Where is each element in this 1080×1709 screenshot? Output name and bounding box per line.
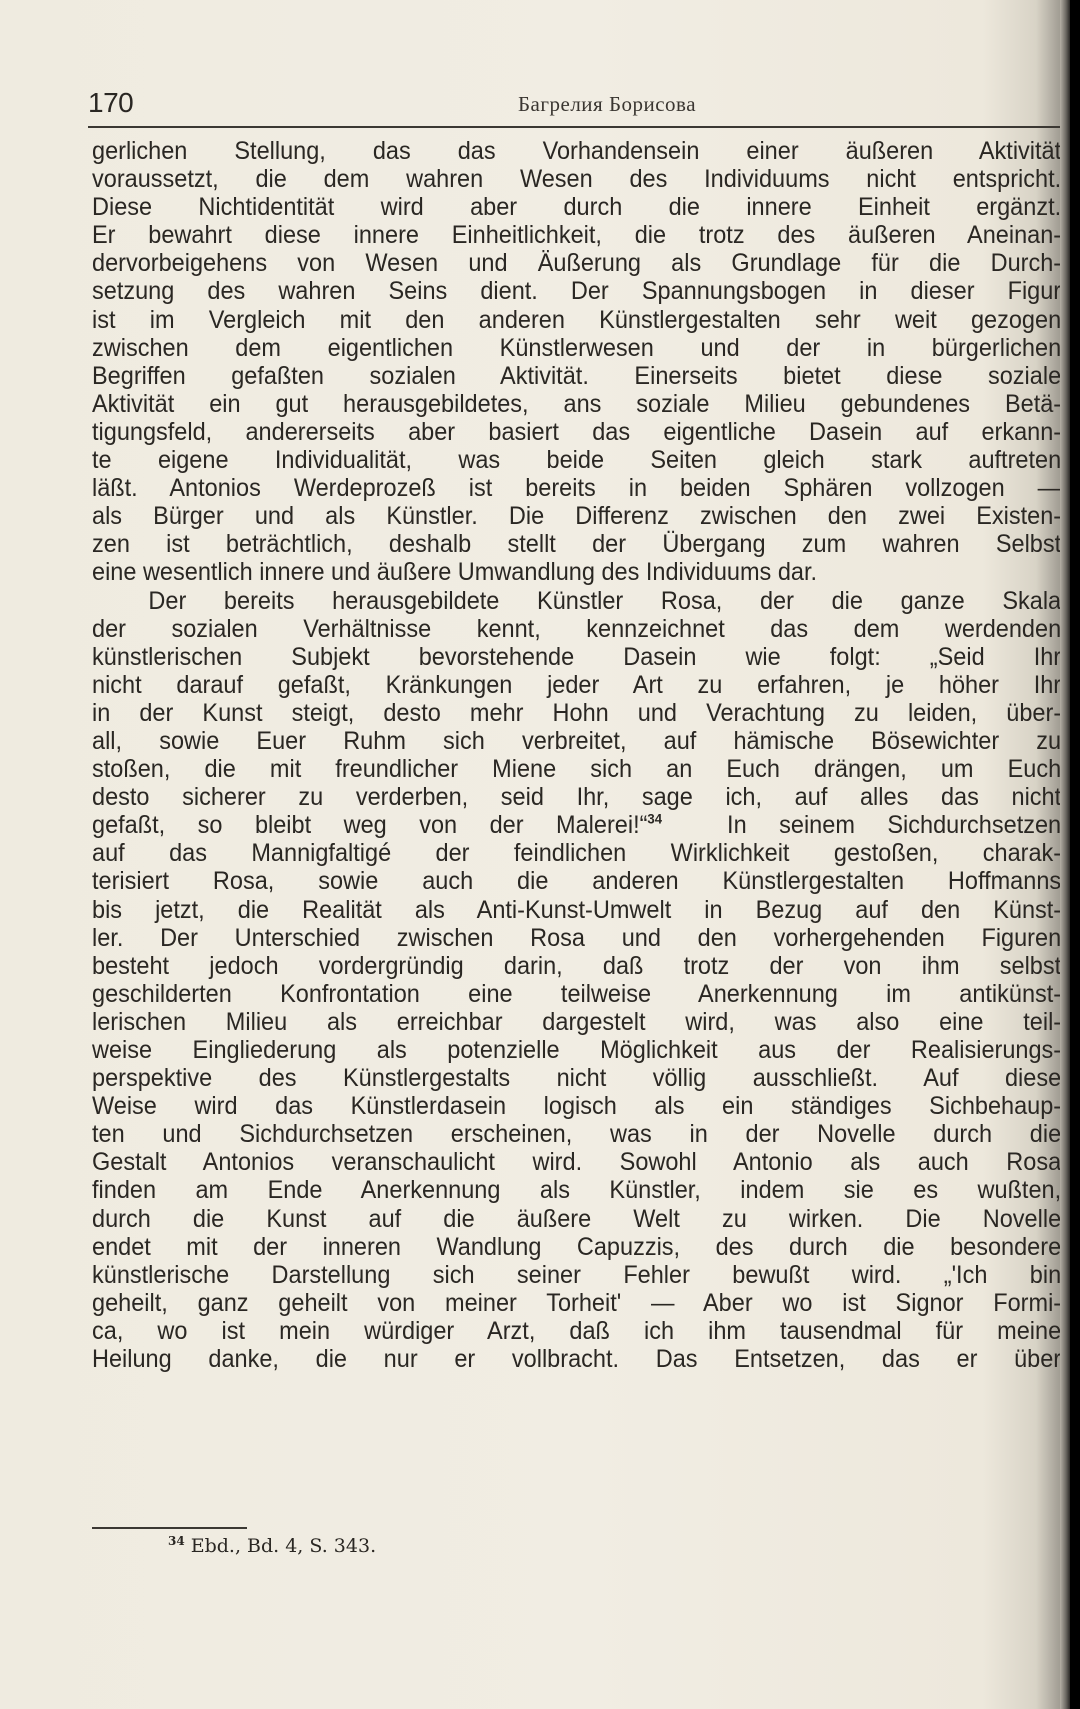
text-line: Aktivität ein gut herausgebildetes, ans … — [92, 390, 1061, 418]
text-line: desto sicherer zu verderben, seid Ihr, s… — [92, 783, 1061, 811]
text-line: setzung des wahren Seins dient. Der Span… — [92, 277, 1061, 305]
text-line: all, sowie Euer Ruhm sich verbreitet, au… — [92, 727, 1061, 755]
text-line: Heilung danke, die nur er vollbracht. Da… — [92, 1345, 1061, 1373]
text-line: weise Eingliederung als potenzielle Mögl… — [92, 1036, 1061, 1064]
text-line: läßt. Antonios Werdeprozeß ist bereits i… — [92, 474, 1061, 502]
header-rule — [88, 126, 1062, 128]
book-page: 170 Багрелия Борисова gerlichen Stellung… — [0, 0, 1068, 1709]
page-header: 170 Багрелия Борисова — [88, 86, 1062, 122]
text-line: zwischen dem eigentlichen Künstlerwesen … — [92, 334, 1061, 362]
footnote-rule — [92, 1527, 247, 1529]
footnote-number: 34 — [168, 1534, 185, 1548]
text-line: Gestalt Antonios veranschaulicht wird. S… — [92, 1148, 1061, 1176]
page-edge-shadow — [1060, 0, 1070, 1709]
text-line: nicht darauf gefaßt, Kränkungen jeder Ar… — [92, 671, 1061, 699]
quote-end-text: gefaßt, so bleibt weg von der Malerei!“ — [92, 811, 647, 839]
text-line: tigungsfeld, andererseits aber basiert d… — [92, 418, 1061, 446]
text-continuation: In seinem Sichdurchsetzen — [727, 811, 1061, 839]
text-line: Er bewahrt diese innere Einheitlichkeit,… — [92, 221, 1061, 249]
text-line: terisiert Rosa, sowie auch die anderen K… — [92, 867, 1061, 895]
text-line: endet mit der inneren Wandlung Capuzzis,… — [92, 1233, 1061, 1261]
body-text: gerlichen Stellung, das das Vorhandensei… — [92, 137, 1002, 1373]
footnote: 34Ebd., Bd. 4, S. 343. — [168, 1533, 376, 1559]
text-line: perspektive des Künstlergestalts nicht v… — [92, 1064, 1061, 1092]
text-line: ler. Der Unterschied zwischen Rosa und d… — [92, 924, 1061, 952]
text-line: künstlerischen Subjekt bevorstehende Das… — [92, 643, 1061, 671]
text-line: als Bürger und als Künstler. Die Differe… — [92, 502, 1061, 530]
text-line: te eigene Individualität, was beide Seit… — [92, 446, 1061, 474]
text-line-with-footnote-ref: gefaßt, so bleibt weg von der Malerei!“3… — [92, 811, 1061, 839]
text-line: gerlichen Stellung, das das Vorhandensei… — [92, 137, 1061, 165]
text-line: Diese Nichtidentität wird aber durch die… — [92, 193, 1061, 221]
paragraph-start-line: Der bereits herausgebildete Künstler Ros… — [92, 587, 1061, 615]
text-line: dervorbeigehens von Wesen und Äußerung a… — [92, 249, 1061, 277]
text-line: auf das Mannigfaltigé der feindlichen Wi… — [92, 839, 1061, 867]
text-line: in der Kunst steigt, desto mehr Hohn und… — [92, 699, 1061, 727]
text-line: Begriffen gefaßten sozialen Aktivität. E… — [92, 362, 1061, 390]
text-line: stoßen, die mit freundlicher Miene sich … — [92, 755, 1061, 783]
text-line: ten und Sichdurchsetzen erscheinen, was … — [92, 1120, 1061, 1148]
text-line: Weise wird das Künstlerdasein logisch al… — [92, 1092, 1061, 1120]
text-line: geheilt, ganz geheilt von meiner Torheit… — [92, 1289, 1061, 1317]
text-line: ca, wo ist mein würdiger Arzt, daß ich i… — [92, 1317, 1061, 1345]
text-line: ist im Vergleich mit den anderen Künstle… — [92, 306, 1061, 334]
text-line: finden am Ende Anerkennung als Künstler,… — [92, 1176, 1061, 1204]
page-number: 170 — [88, 86, 133, 120]
text-line: besteht jedoch vordergründig darin, daß … — [92, 952, 1061, 980]
text-line: künstlerische Darstellung sich seiner Fe… — [92, 1261, 1061, 1289]
text-line: eine wesentlich innere und äußere Umwand… — [92, 558, 1061, 586]
text-line: der sozialen Verhältnisse kennt, kennzei… — [92, 615, 1061, 643]
text-line: durch die Kunst auf die äußere Welt zu w… — [92, 1205, 1061, 1233]
footnote-reference[interactable]: 34 — [647, 811, 662, 827]
footnote-text: Ebd., Bd. 4, S. 343. — [191, 1535, 376, 1557]
running-head: Багрелия Борисова — [518, 90, 696, 118]
text-line: lerischen Milieu als erreichbar dargeste… — [92, 1008, 1061, 1036]
text-line: bis jetzt, die Realität als Anti-Kunst-U… — [92, 896, 1061, 924]
text-line: voraussetzt, die dem wahren Wesen des In… — [92, 165, 1061, 193]
text-line: geschilderten Konfrontation eine teilwei… — [92, 980, 1061, 1008]
text-line: zen ist beträchtlich, deshalb stellt der… — [92, 530, 1061, 558]
